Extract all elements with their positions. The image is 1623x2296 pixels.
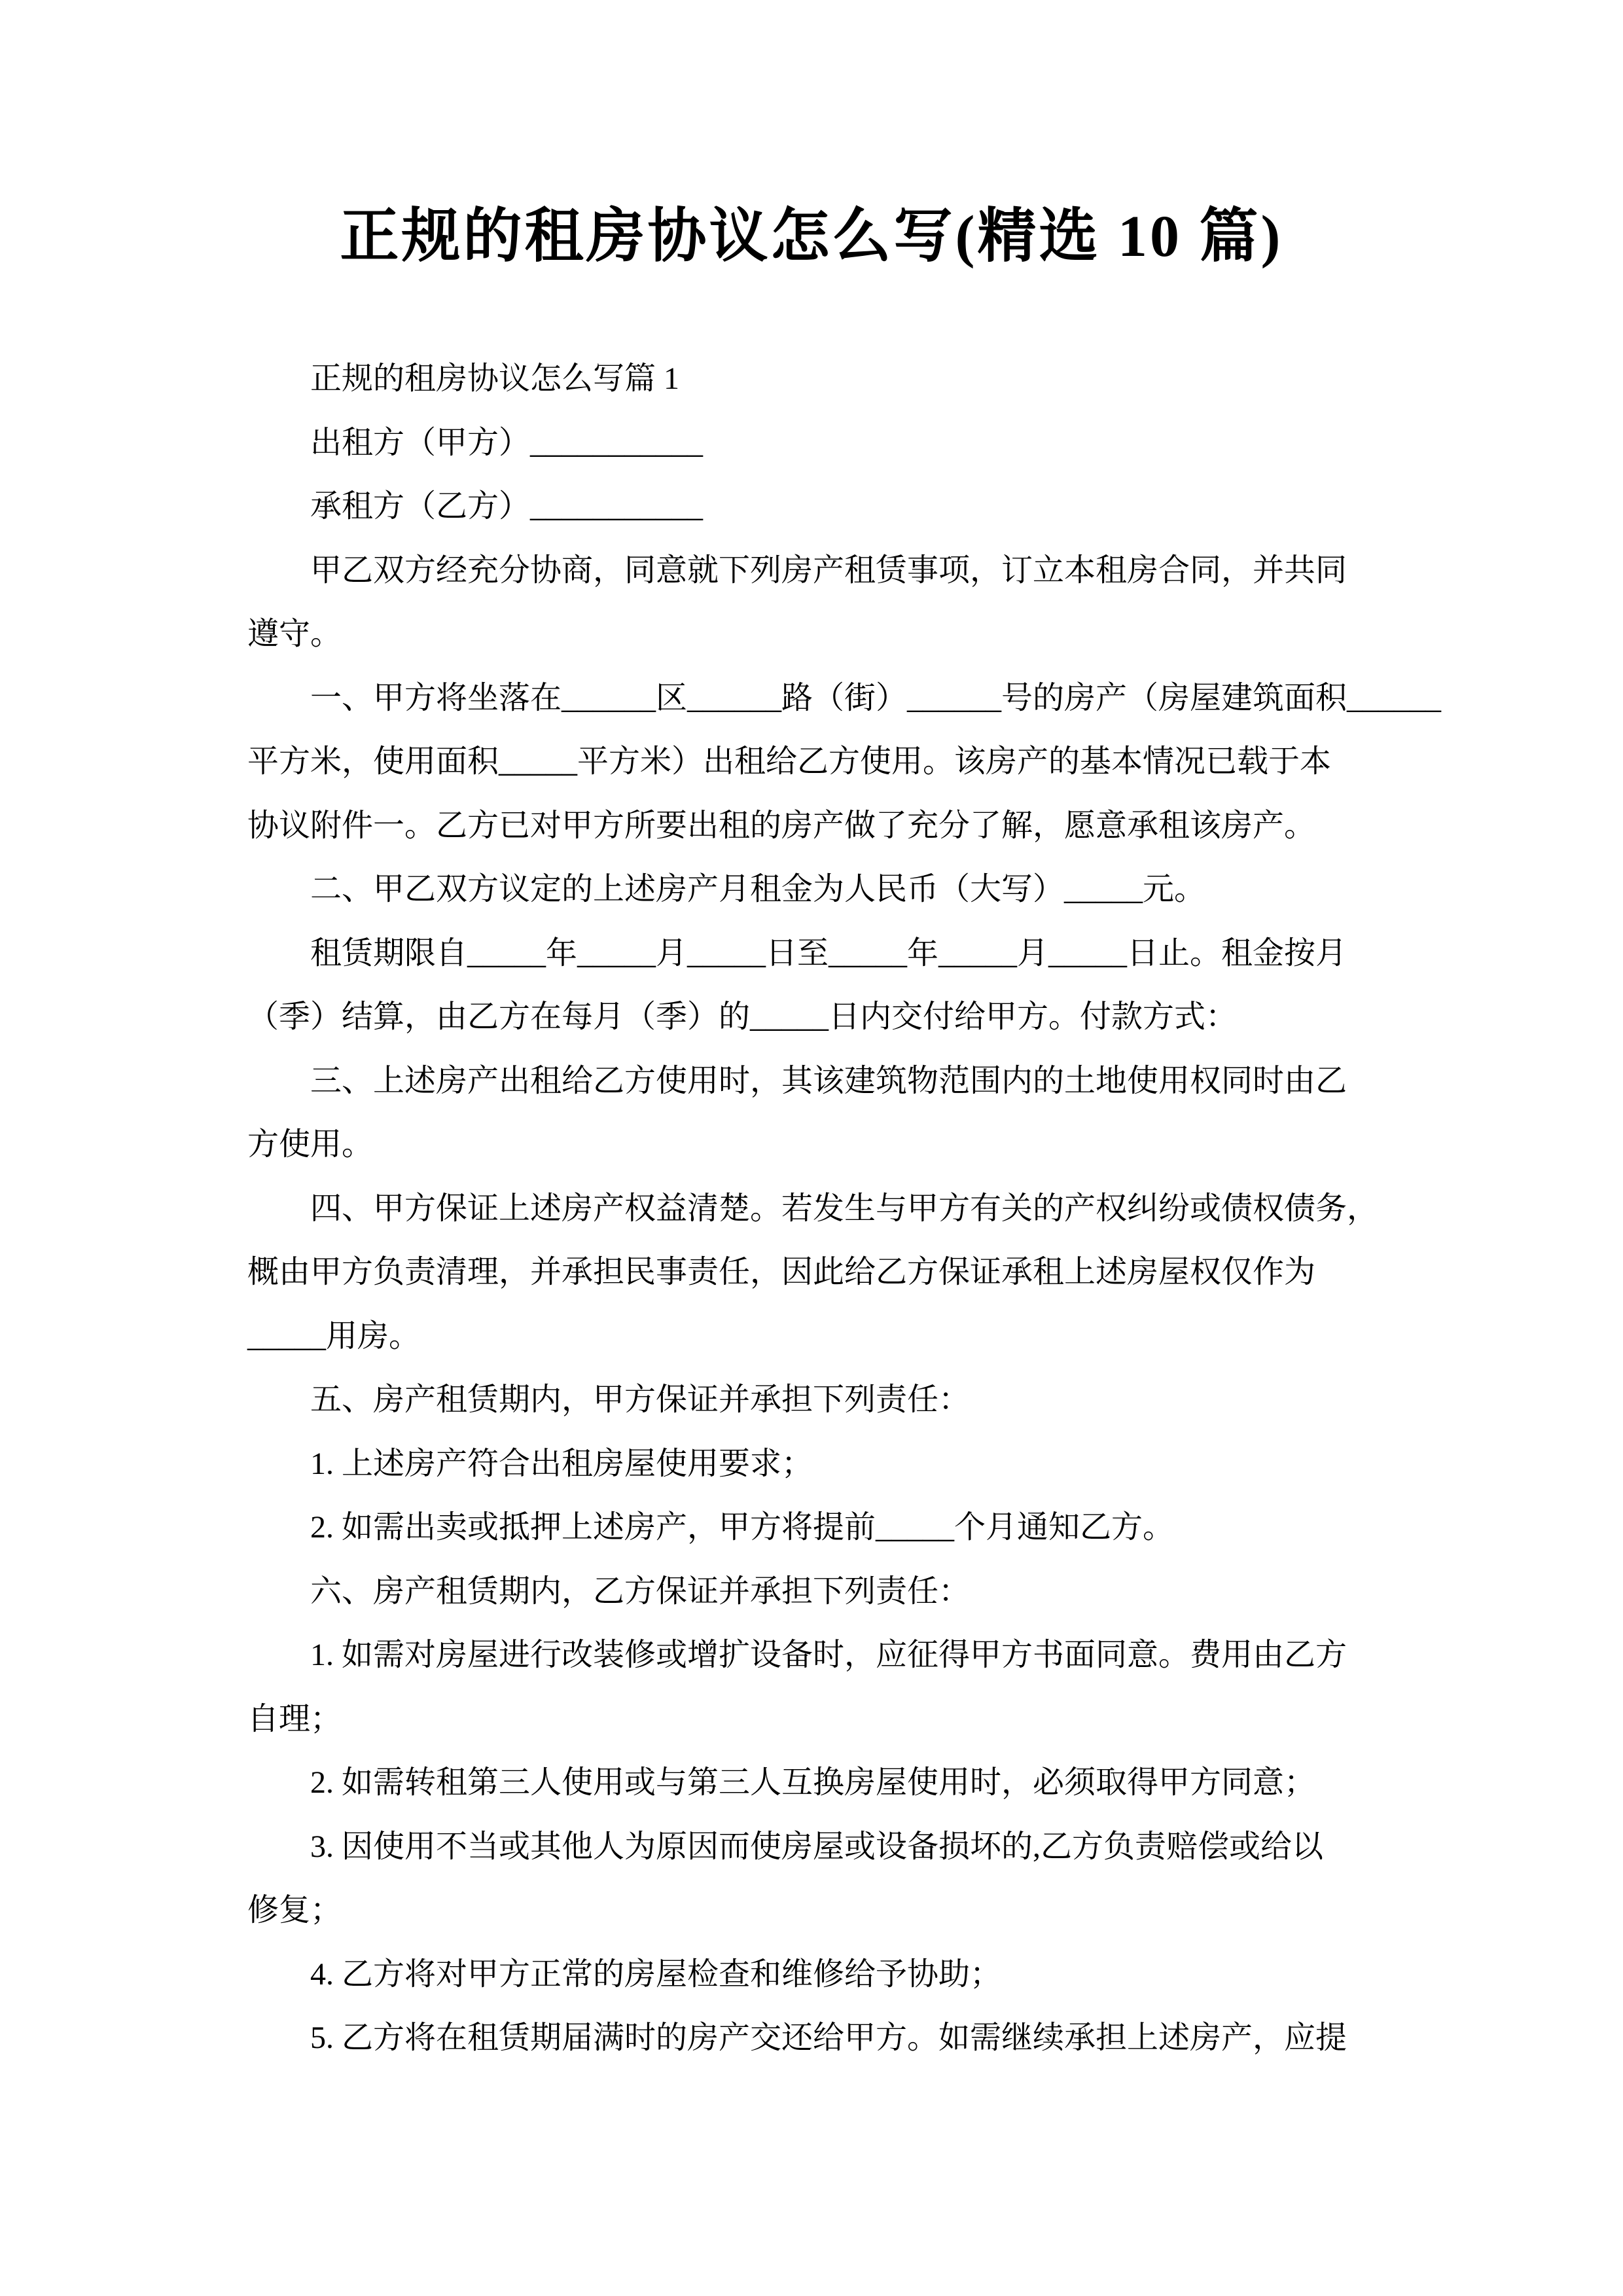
text-line: 4. 乙方将对甲方正常的房屋检查和维修给予协助； xyxy=(247,1943,1402,2007)
text-line: 概由甲方负责清理，并承担民事责任，因此给乙方保证承租上述房屋权仅作为 xyxy=(247,1240,1402,1304)
text-line: 方使用。 xyxy=(247,1113,1402,1177)
text-line: 遵守。 xyxy=(247,602,1402,666)
text-line: 1. 如需对房屋进行改装修或增扩设备时，应征得甲方书面同意。费用由乙方 xyxy=(247,1623,1402,1687)
text-line: 正规的租房协议怎么写篇 1 xyxy=(247,347,1402,411)
text-line: 修复； xyxy=(247,1878,1402,1943)
text-line: 5. 乙方将在租赁期届满时的房产交还给甲方。如需继续承担上述房产，应提 xyxy=(247,2006,1402,2070)
text-line: 五、房产租赁期内，甲方保证并承担下列责任： xyxy=(247,1368,1402,1432)
text-line: 一、甲方将坐落在______区______路（街）______号的房产（房屋建筑… xyxy=(247,666,1402,730)
document-body: 正规的租房协议怎么写篇 1 出租方（甲方）___________ 承租方（乙方）… xyxy=(247,347,1402,2070)
text-line: 承租方（乙方）___________ xyxy=(247,475,1402,539)
text-line: 协议附件一。乙方已对甲方所要出租的房产做了充分了解，愿意承租该房产。 xyxy=(247,794,1402,858)
text-line: 三、上述房产出租给乙方使用时，其该建筑物范围内的土地使用权同时由乙 xyxy=(247,1049,1402,1113)
text-line: 2. 如需转租第三人使用或与第三人互换房屋使用时，必须取得甲方同意； xyxy=(247,1751,1402,1815)
text-line: 甲乙双方经充分协商，同意就下列房产租赁事项，订立本租房合同，并共同 xyxy=(247,539,1402,603)
text-line: 2. 如需出卖或抵押上述房产，甲方将提前_____个月通知乙方。 xyxy=(247,1496,1402,1560)
text-line: _____用房。 xyxy=(247,1304,1402,1369)
document-title: 正规的租房协议怎么写(精选 10 篇) xyxy=(0,198,1623,276)
text-line: 平方米，使用面积_____平方米）出租给乙方使用。该房产的基本情况已载于本 xyxy=(247,730,1402,794)
text-line: （季）结算，由乙方在每月（季）的_____日内交付给甲方。付款方式： xyxy=(247,985,1402,1049)
text-line: 1. 上述房产符合出租房屋使用要求； xyxy=(247,1432,1402,1496)
text-line: 出租方（甲方）___________ xyxy=(247,411,1402,475)
text-line: 租赁期限自_____年_____月_____日至_____年_____月____… xyxy=(247,922,1402,986)
text-line: 二、甲乙双方议定的上述房产月租金为人民币（大写）_____元。 xyxy=(247,857,1402,922)
text-line: 3. 因使用不当或其他人为原因而使房屋或设备损坏的,乙方负责赔偿或给以 xyxy=(247,1815,1402,1879)
document-page: 正规的租房协议怎么写(精选 10 篇) 正规的租房协议怎么写篇 1 出租方（甲方… xyxy=(0,0,1623,2296)
text-line: 自理； xyxy=(247,1687,1402,1751)
text-line: 四、甲方保证上述房产权益清楚。若发生与甲方有关的产权纠纷或债权债务， xyxy=(247,1177,1402,1241)
text-line: 六、房产租赁期内，乙方保证并承担下列责任： xyxy=(247,1560,1402,1624)
